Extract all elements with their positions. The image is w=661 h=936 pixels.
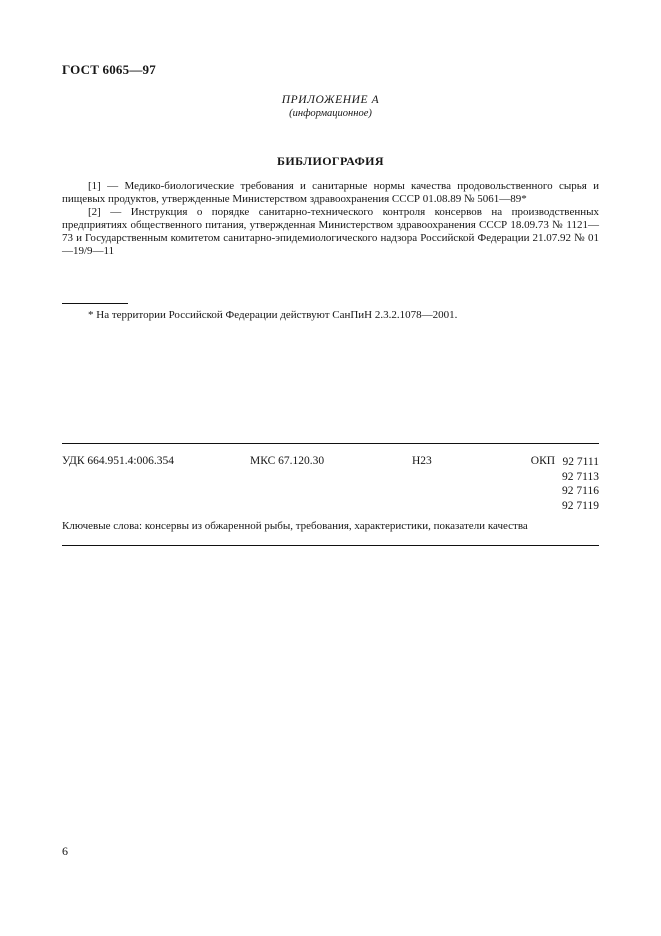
classification-row: УДК 664.951.4:006.354 МКС 67.120.30 Н23 … — [62, 455, 599, 515]
footnote-text: * На территории Российской Федерации дей… — [62, 309, 599, 322]
appendix-title: ПРИЛОЖЕНИЕ А — [62, 94, 599, 106]
doc-code: ГОСТ 6065—97 — [62, 62, 156, 78]
bibliography-heading: БИБЛИОГРАФИЯ — [62, 154, 599, 169]
footnote-divider — [62, 303, 128, 304]
appendix-heading: ПРИЛОЖЕНИЕ А (информационное) — [62, 94, 599, 119]
mks-code: МКС 67.120.30 — [250, 455, 324, 467]
classification-bottom-rule — [62, 545, 599, 546]
bibliography-entry-2: [2] — Инструкция о порядке санитарно-тех… — [62, 206, 599, 258]
okp-code: 92 7113 — [562, 470, 599, 485]
document-page: ГОСТ 6065—97 ПРИЛОЖЕНИЕ А (информационно… — [0, 0, 661, 936]
okp-codes: 92 7111 92 7113 92 7116 92 7119 — [562, 455, 599, 513]
appendix-subtitle: (информационное) — [62, 108, 599, 119]
okp-code: 92 7116 — [562, 484, 599, 499]
udk-code: УДК 664.951.4:006.354 — [62, 455, 174, 467]
okp-code: 92 7119 — [562, 499, 599, 514]
bibliography-entries: [1] — Медико-биологические требования и … — [62, 180, 599, 258]
okp-label: ОКП — [531, 455, 555, 467]
page-number: 6 — [62, 844, 68, 859]
catalog-index: Н23 — [412, 455, 432, 467]
classification-top-rule — [62, 443, 599, 444]
bibliography-entry-1: [1] — Медико-биологические требования и … — [62, 180, 599, 206]
okp-block: ОКП 92 7111 92 7113 92 7116 92 7119 — [531, 455, 599, 513]
keywords-line: Ключевые слова: консервы из обжаренной р… — [62, 520, 599, 533]
okp-code: 92 7111 — [562, 455, 599, 470]
